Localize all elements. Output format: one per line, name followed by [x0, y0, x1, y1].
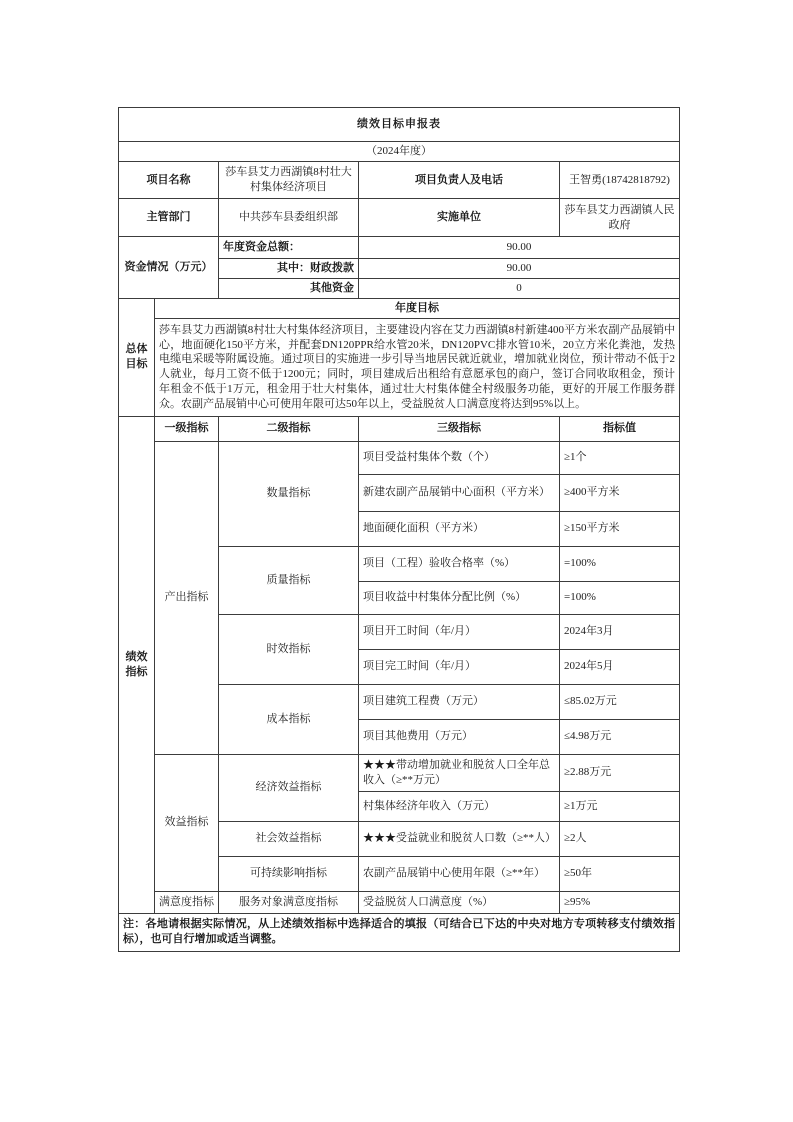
- level2-cost: 成本指标: [219, 684, 359, 754]
- indicator-value: 2024年5月: [560, 649, 680, 684]
- level3-indicator: 新建农副产品展销中心面积（平方米）: [359, 474, 560, 511]
- level2-quantity: 数量指标: [219, 441, 359, 546]
- indicator-value: ≥2人: [560, 821, 680, 856]
- header-value: 指标值: [560, 416, 680, 441]
- indicator-value: ≥50年: [560, 856, 680, 891]
- funding-other-label: 其他资金: [219, 279, 359, 299]
- level3-indicator: 农副产品展销中心使用年限（≥**年）: [359, 856, 560, 891]
- level3-indicator: 项目受益村集体个数（个）: [359, 441, 560, 474]
- leader-label: 项目负责人及电话: [359, 162, 560, 199]
- indicator-value: ≤85.02万元: [560, 684, 680, 719]
- funding-other-value: 0: [359, 279, 680, 299]
- level2-service-satisfaction: 服务对象满意度指标: [219, 891, 359, 913]
- department-value: 中共莎车县委组织部: [219, 199, 359, 237]
- level2-sustainability: 可持续影响指标: [219, 856, 359, 891]
- indicator-value: ≤4.98万元: [560, 719, 680, 754]
- indicator-value: =100%: [560, 581, 680, 614]
- annual-goal-header: 年度目标: [155, 298, 680, 318]
- indicator-value: ≥400平方米: [560, 474, 680, 511]
- indicator-row: 效益指标 经济效益指标 ★★★带动增加就业和脱贫人口全年总收入（≥**万元） ≥…: [119, 754, 680, 791]
- footer-note: 注：各地请根据实际情况，从上述绩效指标中选择适合的填报（可结合已下达的中央对地方…: [119, 913, 680, 951]
- project-name-label: 项目名称: [119, 162, 219, 199]
- level2-social-benefit: 社会效益指标: [219, 821, 359, 856]
- header-level3: 三级指标: [359, 416, 560, 441]
- level1-benefit: 效益指标: [155, 754, 219, 891]
- header-level2: 二级指标: [219, 416, 359, 441]
- indicator-row: 产出指标 数量指标 项目受益村集体个数（个） ≥1个: [119, 441, 680, 474]
- indicator-value: ≥1个: [560, 441, 680, 474]
- indicator-value: 2024年3月: [560, 614, 680, 649]
- level3-indicator: 项目完工时间（年/月）: [359, 649, 560, 684]
- indicator-value: =100%: [560, 546, 680, 581]
- funding-fiscal-label: 其中：财政拨款: [219, 259, 359, 279]
- leader-value: 王智勇(18742818792): [560, 162, 680, 199]
- form-sheet: 绩效目标申报表 （2024年度） 项目名称 莎车县艾力西湖镇8村壮大村集体经济项…: [118, 107, 679, 952]
- indicator-row: 满意度指标 服务对象满意度指标 受益脱贫人口满意度（%） ≥95%: [119, 891, 680, 913]
- form-title: 绩效目标申报表: [119, 108, 680, 142]
- document-page: 绩效目标申报表 （2024年度） 项目名称 莎车县艾力西湖镇8村壮大村集体经济项…: [0, 0, 793, 1122]
- project-name-value: 莎车县艾力西湖镇8村壮大村集体经济项目: [219, 162, 359, 199]
- funding-total-label: 年度资金总额：: [219, 237, 359, 259]
- indicator-value: ≥1万元: [560, 791, 680, 821]
- level1-output: 产出指标: [155, 441, 219, 754]
- indicators-side-label: 绩效 指标: [119, 416, 155, 913]
- overall-goal-side-label: 总体 目标: [119, 298, 155, 416]
- indicator-value: ≥2.88万元: [560, 754, 680, 791]
- department-label: 主管部门: [119, 199, 219, 237]
- level3-indicator: ★★★受益就业和脱贫人口数（≥**人）: [359, 821, 560, 856]
- level3-indicator: 项目开工时间（年/月）: [359, 614, 560, 649]
- level3-indicator: 项目建筑工程费（万元）: [359, 684, 560, 719]
- implementing-unit-label: 实施单位: [359, 199, 560, 237]
- overall-goal-text: 莎车县艾力西湖镇8村壮大村集体经济项目，主要建设内容在艾力西湖镇8村新建400平…: [155, 318, 680, 416]
- level3-indicator: 受益脱贫人口满意度（%）: [359, 891, 560, 913]
- level2-economic-benefit: 经济效益指标: [219, 754, 359, 821]
- header-level1: 一级指标: [155, 416, 219, 441]
- funding-total-value: 90.00: [359, 237, 680, 259]
- level3-indicator: 项目收益中村集体分配比例（%）: [359, 581, 560, 614]
- form-subtitle: （2024年度）: [119, 142, 680, 162]
- implementing-unit-value: 莎车县艾力西湖镇人民政府: [560, 199, 680, 237]
- indicator-value: ≥95%: [560, 891, 680, 913]
- level3-indicator: 项目其他费用（万元）: [359, 719, 560, 754]
- level3-indicator: 项目（工程）验收合格率（%）: [359, 546, 560, 581]
- level2-quality: 质量指标: [219, 546, 359, 614]
- level3-indicator: 村集体经济年收入（万元）: [359, 791, 560, 821]
- level3-indicator: 地面硬化面积（平方米）: [359, 511, 560, 546]
- performance-target-form: 绩效目标申报表 （2024年度） 项目名称 莎车县艾力西湖镇8村壮大村集体经济项…: [118, 107, 680, 952]
- level2-timeliness: 时效指标: [219, 614, 359, 684]
- level1-satisfaction: 满意度指标: [155, 891, 219, 913]
- funding-label: 资金情况（万元）: [119, 237, 219, 299]
- level3-indicator: ★★★带动增加就业和脱贫人口全年总收入（≥**万元）: [359, 754, 560, 791]
- funding-fiscal-value: 90.00: [359, 259, 680, 279]
- indicator-value: ≥150平方米: [560, 511, 680, 546]
